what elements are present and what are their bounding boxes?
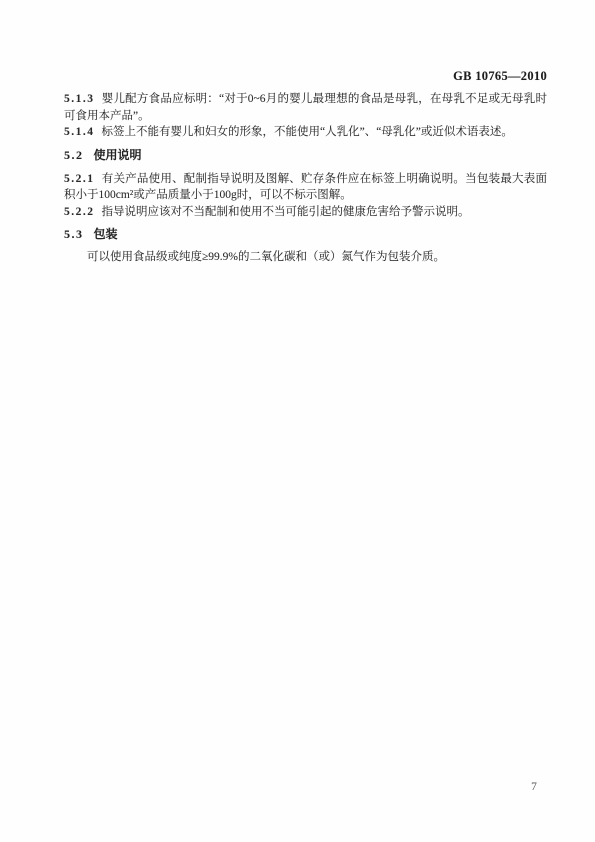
clause-5-1-4: 5.1.4标签上不能有婴儿和妇女的形象，不能使用“人乳化”、“母乳化”或近似术语… — [64, 124, 547, 141]
standard-code-header: GB 10765—2010 — [64, 70, 547, 83]
clause-5-1-3: 5.1.3婴儿配方食品应标明：“对于0~6月的婴儿最理想的食品是母乳，在母乳不足… — [64, 91, 547, 124]
document-page: GB 10765—2010 5.1.3婴儿配方食品应标明：“对于0~6月的婴儿最… — [0, 0, 595, 842]
page-content: GB 10765—2010 5.1.3婴儿配方食品应标明：“对于0~6月的婴儿最… — [64, 70, 547, 266]
section-heading-5-3: 5.3包装 — [64, 228, 547, 241]
section-5-2-number: 5.2 — [64, 148, 84, 162]
section-5-3-title: 包装 — [94, 227, 118, 241]
clause-5-1-3-text: 婴儿配方食品应标明：“对于0~6月的婴儿最理想的食品是母乳，在母乳不足或无母乳时… — [64, 93, 547, 122]
clause-5-1-4-text: 标签上不能有婴儿和妇女的形象，不能使用“人乳化”、“母乳化”或近似术语表述。 — [102, 126, 513, 138]
clause-5-2-1-text: 有关产品使用、配制指导说明及图解、贮存条件应在标签上明确说明。当包装最大表面积小… — [64, 173, 547, 202]
section-5-3-number: 5.3 — [64, 227, 84, 241]
section-heading-5-2: 5.2使用说明 — [64, 149, 547, 162]
clause-5-2-1-number: 5.2.1 — [64, 173, 95, 185]
page-number: 7 — [527, 781, 541, 793]
clause-5-2-2-text: 指导说明应该对不当配制和使用不当可能引起的健康危害给予警示说明。 — [102, 206, 470, 218]
clause-5-1-4-number: 5.1.4 — [64, 126, 95, 138]
section-5-2-title: 使用说明 — [94, 148, 142, 162]
clause-5-2-2: 5.2.2指导说明应该对不当配制和使用不当可能引起的健康危害给予警示说明。 — [64, 204, 547, 221]
paragraph-5-3-body: 可以使用食品级或纯度≥99.9%的二氧化碳和（或）氮气作为包装介质。 — [64, 249, 547, 266]
clause-5-2-2-number: 5.2.2 — [64, 206, 95, 218]
clause-5-1-3-number: 5.1.3 — [64, 93, 95, 105]
clause-5-2-1: 5.2.1有关产品使用、配制指导说明及图解、贮存条件应在标签上明确说明。当包装最… — [64, 171, 547, 204]
